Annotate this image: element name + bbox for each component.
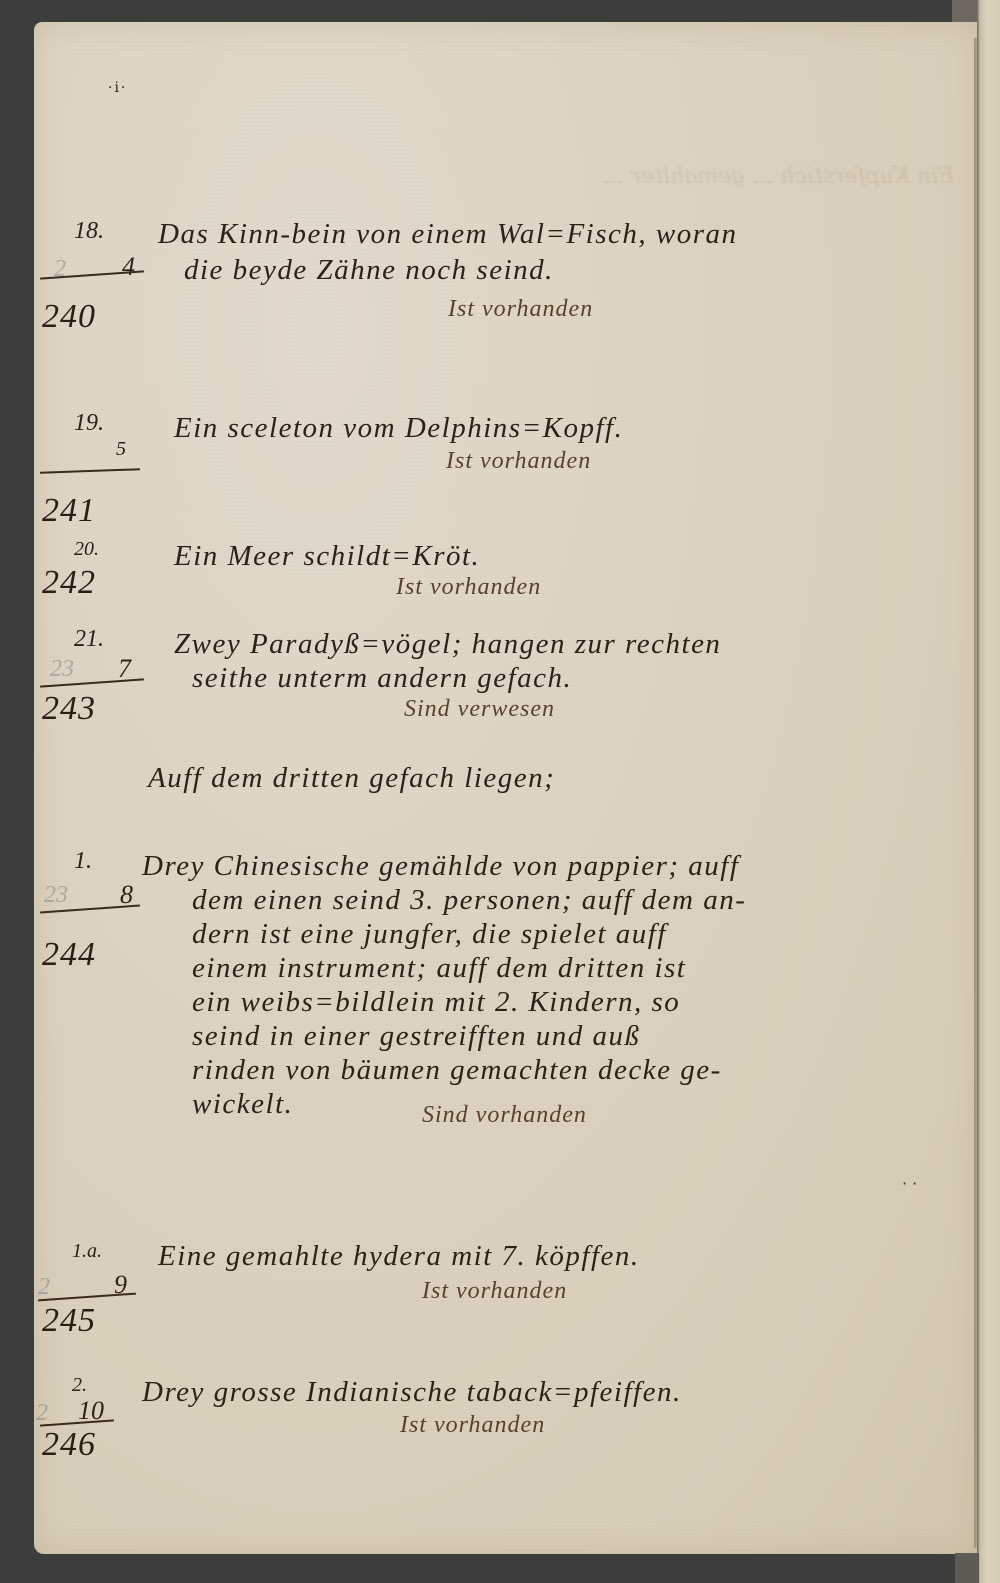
entry-text-line: rinden von bäumen gemachten decke ge- <box>192 1054 722 1087</box>
status-note: Ist vorhanden <box>400 1412 545 1439</box>
new-number: 245 <box>42 1302 96 1340</box>
entry-text-line: Drey Chinesische gemählde von pappier; a… <box>142 850 739 883</box>
item-number: 1.a. <box>72 1240 102 1263</box>
ghost-number: 2 <box>54 256 66 283</box>
item-number: 2. <box>72 1374 87 1397</box>
entry-text-line: seind in einer gestreifften und auß <box>192 1020 641 1053</box>
item-number: 20. <box>74 538 99 561</box>
status-note: Ist vorhanden <box>446 448 591 475</box>
scan-background: ·i· Ein Kupferstich ... gemahlter ... 18… <box>0 0 1000 1583</box>
status-note: Ist vorhanden <box>422 1278 567 1305</box>
item-number: 21. <box>74 626 104 653</box>
ink-dots: · · <box>902 1174 917 1193</box>
entry-text-line: wickelt. <box>192 1088 293 1121</box>
status-note: Ist vorhanden <box>396 574 541 601</box>
new-number: 240 <box>42 298 96 336</box>
new-number: 244 <box>42 936 96 974</box>
entry-text-line: dern ist eine jungfer, die spielet auff <box>192 918 667 951</box>
ghost-number: 23 <box>50 656 74 683</box>
status-note: Sind vorhanden <box>422 1102 587 1129</box>
entry-text-line: ein weibs=bildlein mit 2. Kindern, so <box>192 986 680 1019</box>
entry-text-line: seithe unterm andern gefach. <box>192 662 572 695</box>
entry-text-line: die beyde Zähne noch seind. <box>184 254 554 287</box>
old-number-struck: 5 <box>116 438 126 461</box>
adjacent-page-edge <box>977 0 1000 1583</box>
entry-text-line: Drey grosse Indianische taback=pfeiffen. <box>142 1376 682 1409</box>
item-number: 18. <box>74 218 104 245</box>
status-note: Sind verwesen <box>404 696 555 723</box>
entry-text-line: Ein sceleton vom Delphins=Kopff. <box>174 412 623 445</box>
manuscript-page: ·i· Ein Kupferstich ... gemahlter ... 18… <box>34 22 979 1554</box>
ink-specks: ·i· <box>108 80 127 96</box>
old-number-struck: 4 <box>122 252 135 282</box>
new-number: 243 <box>42 690 96 728</box>
new-number: 246 <box>42 1426 96 1464</box>
strike-line <box>40 468 140 473</box>
binding-spine-bottom <box>955 1553 979 1583</box>
ghost-number: 2 <box>38 1274 50 1301</box>
new-number: 242 <box>42 564 96 602</box>
new-number: 241 <box>42 492 96 530</box>
bleed-through-text: Ein Kupferstich ... gemahlter ... <box>94 162 954 192</box>
ghost-number: 23 <box>44 882 68 909</box>
entry-text-line: Das Kinn-bein von einem Wal=Fisch, woran <box>158 218 738 251</box>
entry-text-line: Zwey Paradyß=vögel; hangen zur rechten <box>174 628 721 661</box>
entry-text-line: dem einen seind 3. personen; auff dem an… <box>192 884 746 917</box>
status-note: Ist vorhanden <box>448 296 593 323</box>
entry-text-line: einem instrument; auff dem dritten ist <box>192 952 686 985</box>
ghost-number: 2 <box>36 1400 48 1427</box>
entry-text-line: Eine gemahlte hydera mit 7. köpffen. <box>158 1240 640 1273</box>
item-number: 19. <box>74 410 104 437</box>
entry-text-line: Ein Meer schildt=Kröt. <box>174 540 480 573</box>
item-number: 1. <box>74 848 92 875</box>
section-heading: Auff dem dritten gefach liegen; <box>148 762 555 795</box>
